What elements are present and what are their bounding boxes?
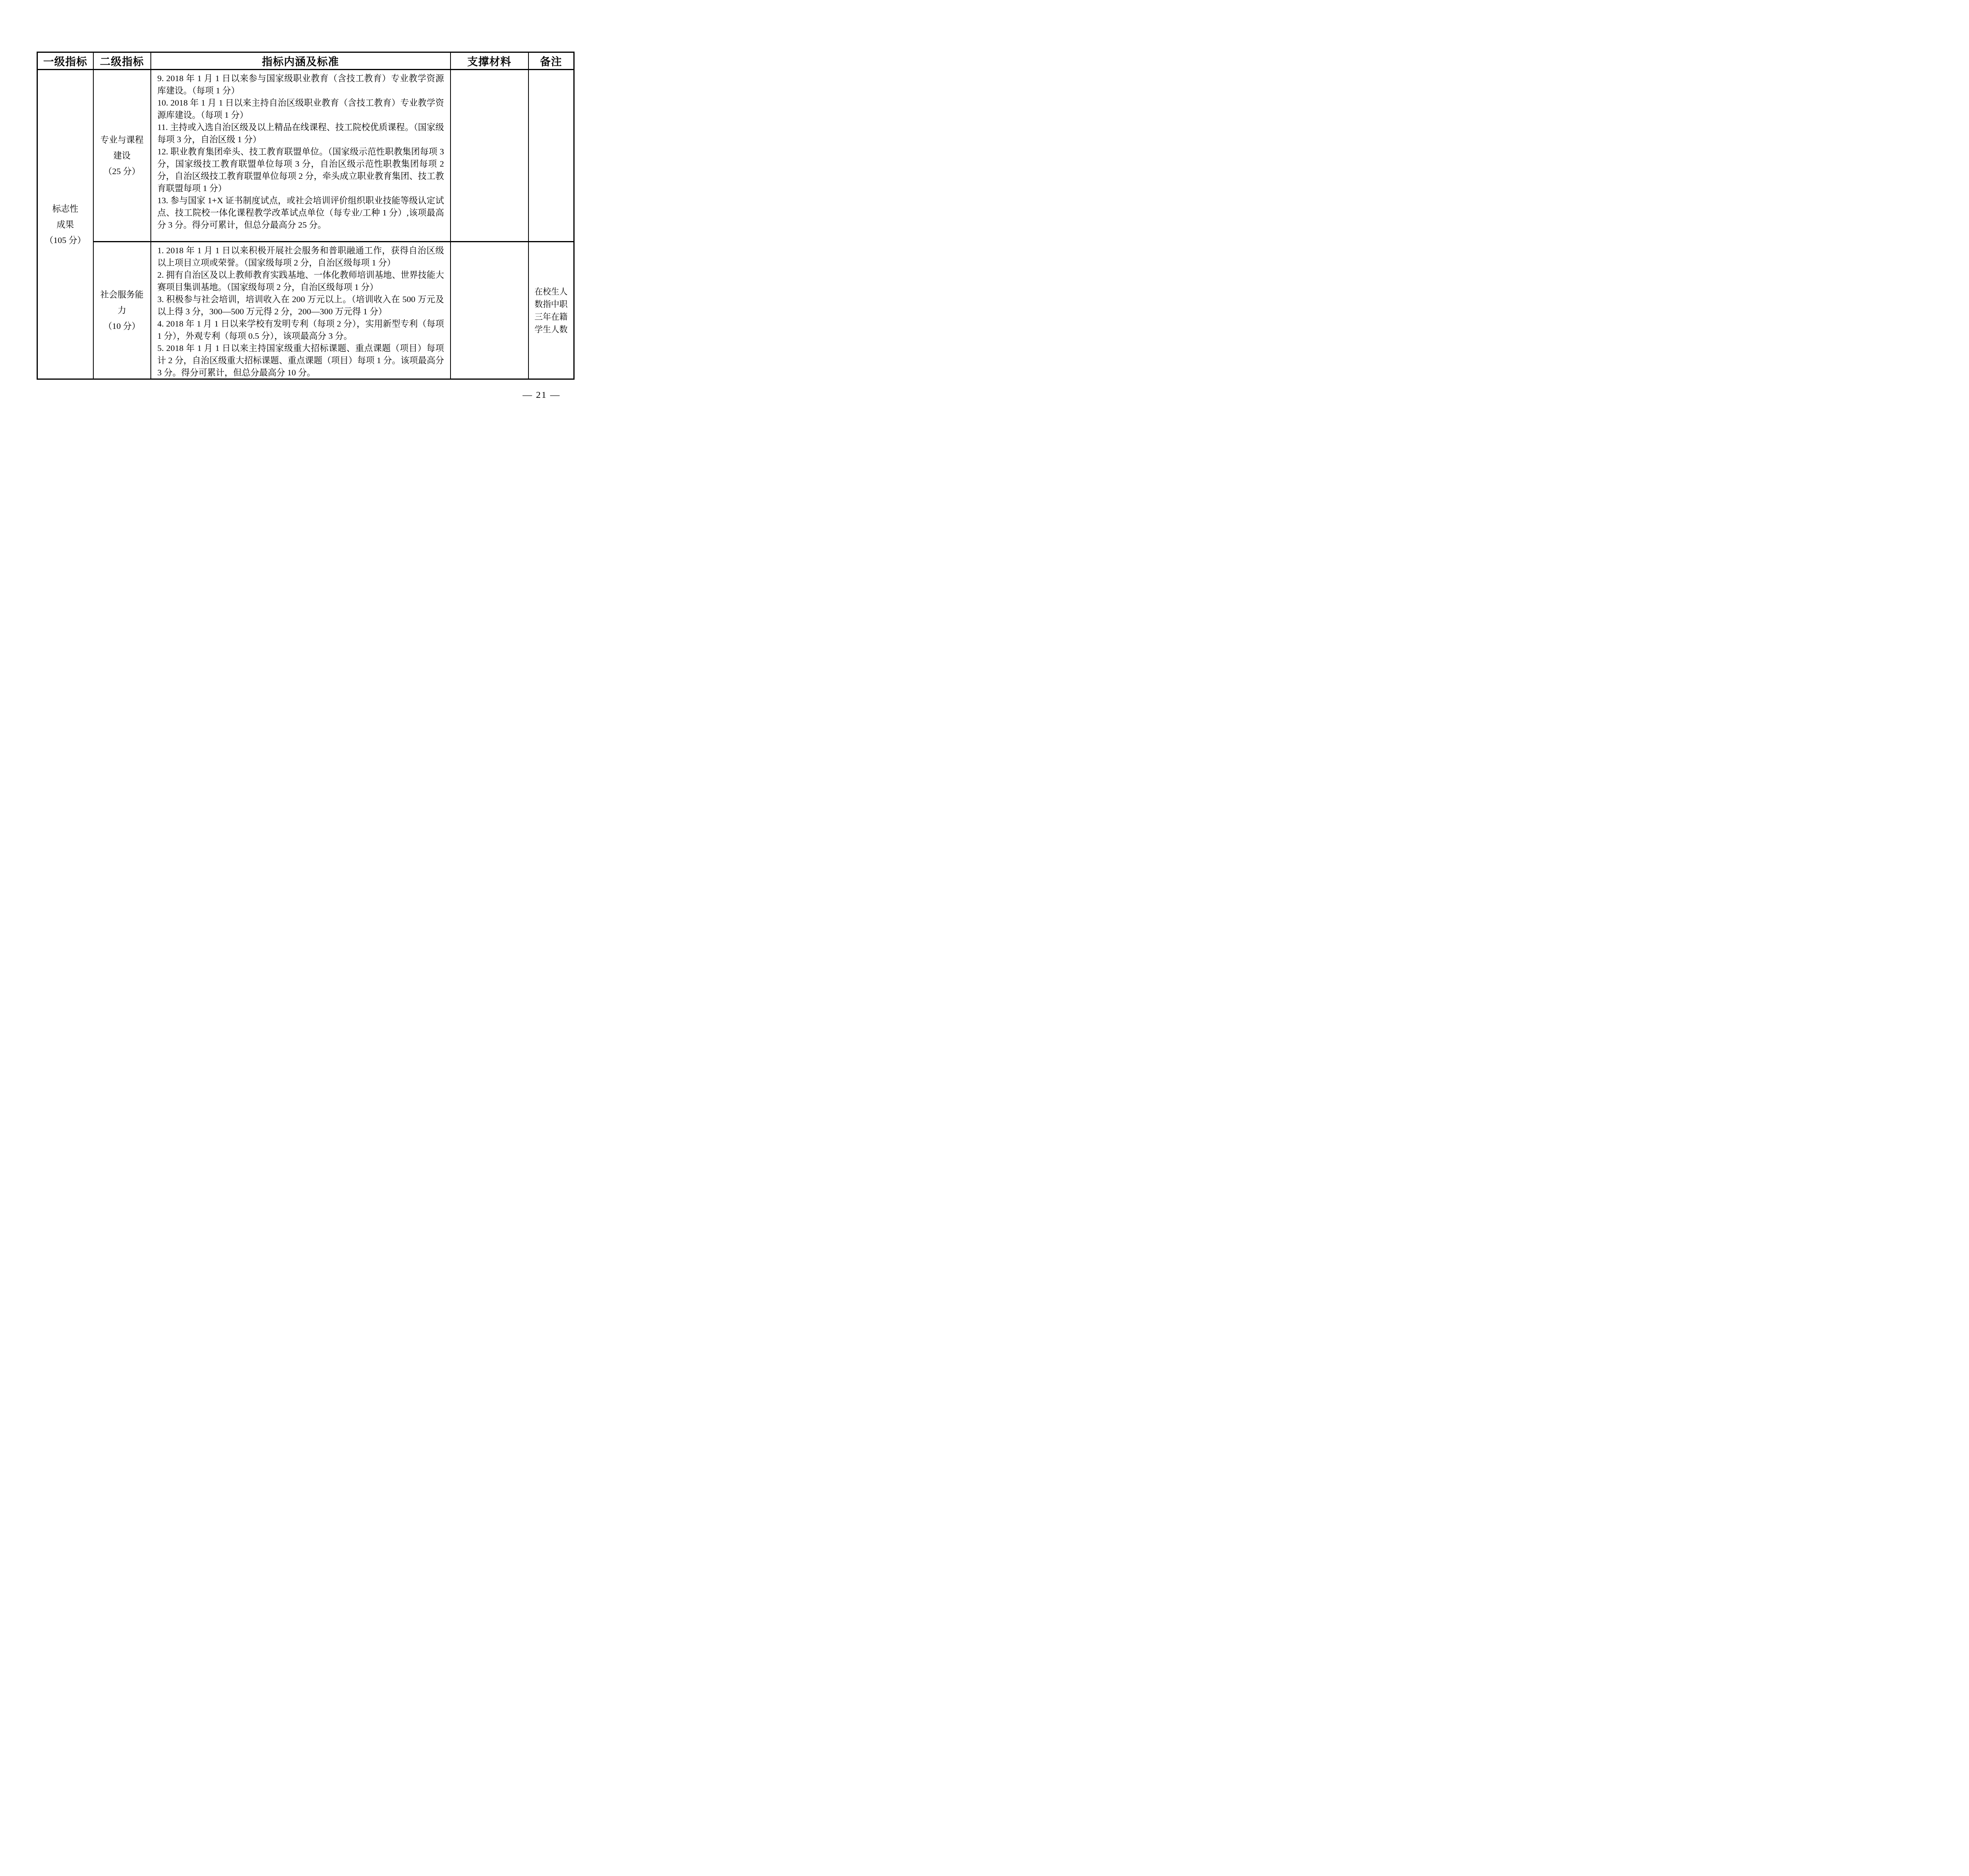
header-criteria: 指标内涵及标准 bbox=[151, 52, 451, 70]
level2-line: 专业与课程 bbox=[94, 132, 150, 148]
remark-line: 数指中职 bbox=[529, 298, 574, 310]
criteria-item-1: 1. 2018 年 1 月 1 日以来积极开展社会服务和普职融通工作，获得自治区… bbox=[158, 244, 444, 269]
level1-line: 标志性 bbox=[38, 201, 93, 217]
criteria-item-2: 2. 拥有自治区及以上教师教育实践基地、一体化教师培训基地、世界技能大赛项目集训… bbox=[158, 269, 444, 293]
criteria-item-13: 13. 参与国家 1+X 证书制度试点，或社会培训评价组织职业技能等级认定试点、… bbox=[158, 194, 444, 231]
level2-indicator-cell-social-service: 社会服务能 力 （10 分） bbox=[93, 242, 151, 379]
level2-line: 建设 bbox=[94, 148, 150, 163]
page-number: — 21 — bbox=[523, 390, 560, 401]
criteria-item-9: 9. 2018 年 1 月 1 日以来参与国家级职业教育（含技工教育）专业教学资… bbox=[158, 72, 444, 96]
remark-cell-row2: 在校生人 数指中职 三年在籍 学生人数 bbox=[528, 242, 574, 379]
remark-cell-row1 bbox=[528, 70, 574, 242]
remark-line: 三年在籍 bbox=[529, 310, 574, 323]
document-page: 一级指标 二级指标 指标内涵及标准 支撑材料 备注 标志性 成果 （105 分）… bbox=[0, 0, 608, 430]
level1-indicator-cell: 标志性 成果 （105 分） bbox=[37, 70, 93, 379]
level2-indicator-cell-courses: 专业与课程 建设 （25 分） bbox=[93, 70, 151, 242]
header-level2-indicator: 二级指标 bbox=[93, 52, 151, 70]
criteria-item-11: 11. 主持或入选自治区级及以上精品在线课程、技工院校优质课程。（国家级每项 3… bbox=[158, 121, 444, 145]
header-support-material: 支撑材料 bbox=[451, 52, 528, 70]
support-material-cell-row2 bbox=[451, 242, 528, 379]
level1-line: （105 分） bbox=[38, 232, 93, 248]
level2-line: 力 bbox=[94, 302, 150, 318]
criteria-item-12: 12. 职业教育集团牵头、技工教育联盟单位。（国家级示范性职教集团每项 3 分，… bbox=[158, 145, 444, 194]
criteria-item-10: 10. 2018 年 1 月 1 日以来主持自治区级职业教育（含技工教育）专业教… bbox=[158, 96, 444, 121]
evaluation-criteria-table: 一级指标 二级指标 指标内涵及标准 支撑材料 备注 标志性 成果 （105 分）… bbox=[37, 52, 575, 380]
header-level1-indicator: 一级指标 bbox=[37, 52, 93, 70]
criteria-cell-courses: 9. 2018 年 1 月 1 日以来参与国家级职业教育（含技工教育）专业教学资… bbox=[151, 70, 451, 242]
criteria-cell-social-service: 1. 2018 年 1 月 1 日以来积极开展社会服务和普职融通工作，获得自治区… bbox=[151, 242, 451, 379]
table-row-social-service: 社会服务能 力 （10 分） 1. 2018 年 1 月 1 日以来积极开展社会… bbox=[37, 242, 574, 379]
table-row-major-professional-courses: 标志性 成果 （105 分） 专业与课程 建设 （25 分） 9. 2018 年… bbox=[37, 70, 574, 242]
table-header-row: 一级指标 二级指标 指标内涵及标准 支撑材料 备注 bbox=[37, 52, 574, 70]
level2-line: （10 分） bbox=[94, 318, 150, 334]
header-remark: 备注 bbox=[528, 52, 574, 70]
support-material-cell-row1 bbox=[451, 70, 528, 242]
criteria-item-3: 3. 积极参与社会培训，培训收入在 200 万元以上。（培训收入在 500 万元… bbox=[158, 293, 444, 317]
remark-line: 学生人数 bbox=[529, 323, 574, 336]
level2-line: 社会服务能 bbox=[94, 287, 150, 302]
criteria-item-4: 4. 2018 年 1 月 1 日以来学校有发明专利（每项 2 分），实用新型专… bbox=[158, 317, 444, 342]
level2-line: （25 分） bbox=[94, 163, 150, 179]
level1-line: 成果 bbox=[38, 217, 93, 232]
remark-line: 在校生人 bbox=[529, 285, 574, 298]
criteria-item-5: 5. 2018 年 1 月 1 日以来主持国家级重大招标课题、重点课题（项目）每… bbox=[158, 342, 444, 379]
